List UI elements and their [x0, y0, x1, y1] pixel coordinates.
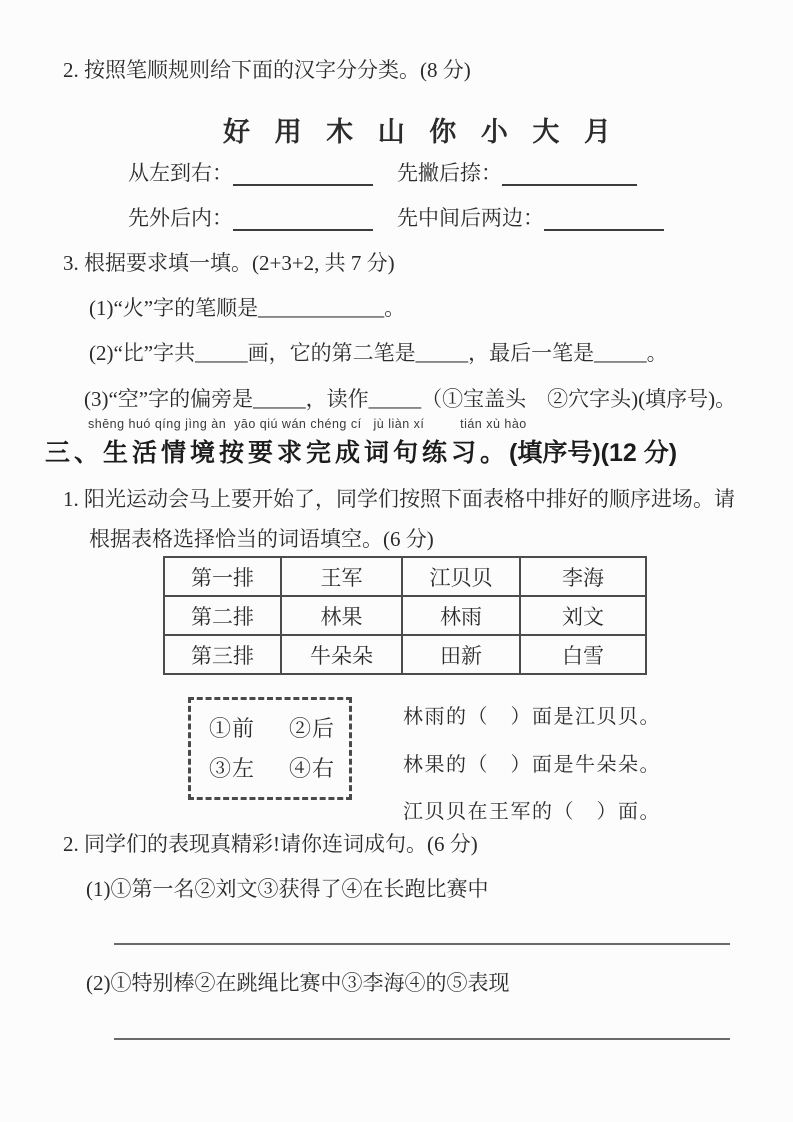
- table-cell: 白雪: [520, 635, 646, 674]
- table-cell: 王军: [281, 557, 402, 596]
- section-3-heading-suffix: (填序号)(12 分): [509, 439, 677, 467]
- table-cell: 李海: [520, 557, 646, 596]
- classification-row-1: 从左到右： 先撇后捺：: [128, 160, 637, 186]
- s3-question-2-item-1: (1)①第一名②刘文③获得了④在长跑比赛中: [86, 876, 489, 902]
- option-front: ①前: [209, 712, 255, 743]
- character-ni: 你: [429, 110, 456, 149]
- answer-blank: [544, 209, 664, 231]
- character-da: 大: [532, 110, 559, 149]
- label-outside-then-inside: 先外后内：: [128, 205, 233, 231]
- s3-question-1-line-2: 根据表格选择恰当的词语填空。(6 分): [89, 526, 434, 552]
- question-3-item-1: (1)“火”字的笔顺是____________。: [89, 295, 405, 321]
- section-3-heading-main: 三、生活情境按要求完成词句练习。: [45, 439, 509, 467]
- character-hao: 好: [223, 110, 250, 149]
- answer-blank: [502, 164, 637, 186]
- character-list: 好 用 木 山 你 小 大 月: [223, 110, 611, 149]
- table-row: 第二排 林果 林雨 刘文: [164, 596, 646, 635]
- seating-table: 第一排 王军 江贝贝 李海 第二排 林果 林雨 刘文 第三排 牛朵朵 田新 白雪: [163, 556, 647, 675]
- fill-sentence-2: 林果的（ ）面是牛朵朵。: [403, 748, 661, 777]
- table-cell: 田新: [402, 635, 520, 674]
- option-right: ④右: [289, 752, 335, 783]
- s3-question-2-item-2: (2)①特别棒②在跳绳比赛中③李海④的⑤表现: [86, 970, 510, 996]
- character-yong: 用: [275, 110, 302, 149]
- table-cell: 林果: [281, 596, 402, 635]
- table-cell: 江贝贝: [402, 557, 520, 596]
- word-options-box: ①前 ②后 ③左 ④右: [188, 697, 352, 800]
- table-cell: 第二排: [164, 596, 281, 635]
- answer-blank: [233, 164, 373, 186]
- character-xiao: 小: [481, 110, 508, 149]
- question-3-title: 3. 根据要求填一填。(2+3+2, 共 7 分): [63, 250, 395, 276]
- classification-row-2: 先外后内： 先中间后两边：: [128, 205, 664, 231]
- table-row: 第一排 王军 江贝贝 李海: [164, 557, 646, 596]
- table-cell: 第三排: [164, 635, 281, 674]
- character-shan: 山: [378, 110, 405, 149]
- character-mu: 木: [326, 110, 353, 149]
- option-back: ②后: [289, 712, 335, 743]
- table-cell: 林雨: [402, 596, 520, 635]
- worksheet-page: 2. 按照笔顺规则给下面的汉字分分类。(8 分) 好 用 木 山 你 小 大 月…: [0, 0, 793, 1122]
- question-3-item-3: (3)“空”字的偏旁是_____，读作_____（①宝盖头 ②穴字头)(填序号)…: [84, 386, 736, 412]
- option-left: ③左: [209, 752, 255, 783]
- label-middle-then-sides: 先中间后两边：: [397, 205, 544, 231]
- s3-question-1-line-1: 1. 阳光运动会马上要开始了，同学们按照下面表格中排好的顺序进场。请: [63, 486, 735, 512]
- label-left-to-right: 从左到右：: [128, 160, 233, 186]
- fill-sentence-3: 江贝贝在王军的（ ）面。: [403, 795, 661, 824]
- fill-sentence-1: 林雨的（ ）面是江贝贝。: [403, 700, 661, 729]
- section-3-heading: 三、生活情境按要求完成词句练习。(填序号)(12 分): [45, 433, 677, 469]
- table-row: 第三排 牛朵朵 田新 白雪: [164, 635, 646, 674]
- table-cell: 牛朵朵: [281, 635, 402, 674]
- question-2-title: 2. 按照笔顺规则给下面的汉字分分类。(8 分): [63, 57, 471, 83]
- label-pie-then-na: 先撇后捺：: [397, 160, 502, 186]
- options-row: ③左 ④右: [209, 752, 335, 783]
- table-cell: 第一排: [164, 557, 281, 596]
- answer-line: [114, 943, 730, 945]
- character-yue: 月: [584, 110, 611, 149]
- answer-blank: [233, 209, 373, 231]
- table-cell: 刘文: [520, 596, 646, 635]
- question-3-item-2: (2)“比”字共_____画，它的第二笔是_____，最后一笔是_____。: [89, 340, 668, 366]
- section-3-pinyin: shēng huó qíng jìng àn yāo qiú wán chéng…: [88, 417, 527, 431]
- options-row: ①前 ②后: [209, 712, 335, 743]
- answer-line: [114, 1038, 730, 1040]
- s3-question-2-title: 2. 同学们的表现真精彩!请你连词成句。(6 分): [63, 831, 478, 857]
